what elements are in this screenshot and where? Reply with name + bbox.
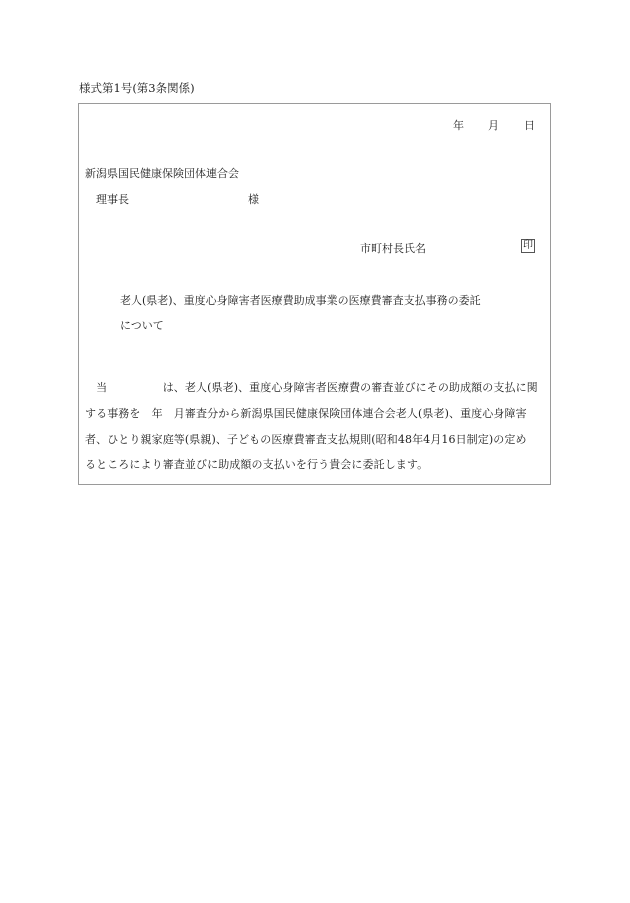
body-line: 者、ひとり親家庭等(県親)、子どもの医療費審査支払規則(昭和48年4月16日制定… [85,431,527,447]
addressee-honorific: 様 [248,191,259,207]
addressee-organization: 新潟県国民健康保険団体連合会 [85,165,239,181]
date-year-label: 年 [453,117,464,133]
subject-line-1: 老人(県老)、重度心身障害者医療費助成事業の医療費審査支払事務の委託 [120,292,481,308]
date-day-label: 日 [524,117,535,133]
body-line: する事務を 年 月審査分から新潟県国民健康保険団体連合会老人(県老)、重度心身障… [85,405,527,421]
form-number-label: 様式第1号(第3条関係) [79,80,195,96]
sender-name-label: 市町村長氏名 [360,240,426,256]
date-month-label: 月 [488,117,499,133]
body-line: 当 は、老人(県老)、重度心身障害者医療費の審査並びにその助成額の支払に関 [85,379,538,395]
body-line: るところにより審査並びに助成額の支払いを行う貴会に委託します。 [85,456,428,472]
subject-line-2: について [120,317,164,333]
seal-icon: 印 [521,239,535,253]
addressee-title: 理事長 [96,191,129,207]
